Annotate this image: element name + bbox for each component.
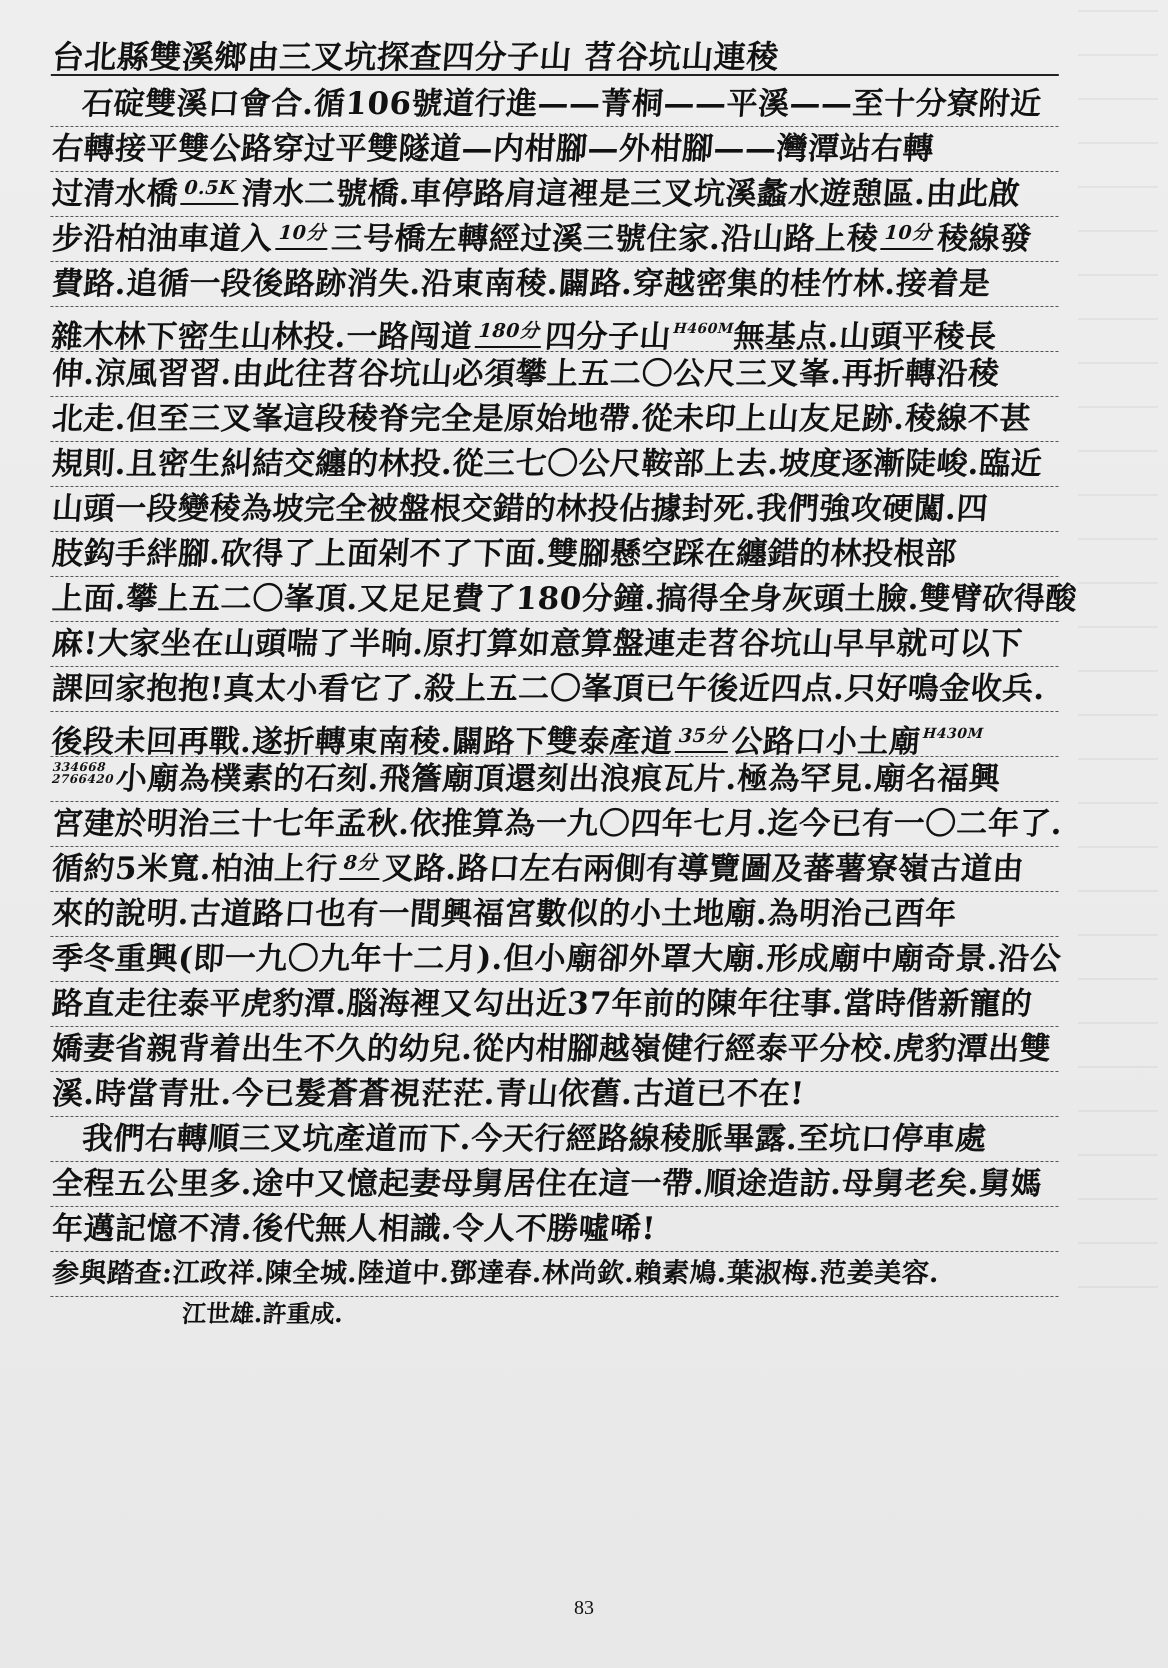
line-text: 全程五公里多.途中又憶起妻母舅居住在這一帶.順途造訪.母舅老矣.舅媽 (51, 1166, 1044, 1202)
time-annotation: 10分 (881, 218, 936, 250)
text-line: 季冬重興(即一九〇九年十二月).但小廟卻外罩大廟.形成廟中廟奇景.沿公 (50, 937, 1061, 982)
line-text: 叉路.路口左右兩側有導覽圖及蕃薯寮嶺古道由 (381, 851, 1025, 887)
text-line: 雜木林下密生山林投.一路闯道180分四分子山H460M無基点.山頭平稜長 (50, 307, 1061, 352)
text-line: 後段未回再戰.遂折轉東南稜.闢路下雙泰產道35分公路口小土廟H430M (50, 712, 1061, 757)
text-line: 北走.但至三叉峯這段稜脊完全是原始地帶.從未印上山友足跡.稜線不甚 (50, 397, 1061, 442)
coordinate-value: 2766420 (52, 773, 115, 785)
text-line: 課回家抱抱!真太小看它了.殺上五二〇峯頂已午後近四点.只好鳴金收兵. (50, 667, 1061, 712)
line-text: 四分子山 (544, 319, 673, 355)
participants-line: 参與踏查:江政祥.陳全城.陸道中.鄧達春.林尚欽.賴素鳩.葉淑梅.范姜美容. (50, 1252, 1061, 1297)
text-line: 3346682766420小廟為樸素的石刻.飛簷廟頂還刻出浪痕瓦片.極為罕見.廟… (50, 757, 1061, 802)
time-annotation: 0.5K (180, 173, 240, 205)
text-line: 費路.追循一段後路跡消失.沿東南稜.闢路.穿越密集的桂竹林.接着是 (50, 262, 1061, 307)
text-line: 步沿柏油車道入10分三号橋左轉經过溪三號住家.沿山路上稜10分稜線發 (50, 217, 1061, 262)
text-line: 溪.時當青壯.今已髮蒼蒼視茫茫.青山依舊.古道已不在! (50, 1072, 1061, 1117)
line-text: 後段未回再戰.遂折轉東南稜.闢路下雙泰產道 (50, 724, 674, 760)
line-text: 山頭一段變稜為坡完全被盤根交錯的林投佔據封死.我們強攻硬闖.四 (51, 491, 990, 527)
line-text: 小廟為樸素的石刻.飛簷廟頂還刻出浪痕瓦片.極為罕見.廟名福興 (115, 761, 1002, 797)
line-text: 肢鈎手絆腳.砍得了上面剁不了下面.雙腳懸空踩在纏錯的林投根部 (51, 536, 958, 572)
text-line: 嬌妻省親背着出生不久的幼兒.從内柑腳越嶺健行經泰平分校.虎豹潭出雙 (50, 1027, 1061, 1072)
scanned-page: 台北縣雙溪鄉由三叉坑探查四分子山 苕谷坑山連稜 石碇雙溪口會合.循106號道行進… (0, 0, 1168, 1668)
time-annotation: 180分 (475, 316, 544, 348)
text-line: 年邁記憶不清.後代無人相識.令人不勝噓唏! (50, 1207, 1061, 1252)
line-text: 北走.但至三叉峯這段稜脊完全是原始地帶.從未印上山友足跡.稜線不甚 (51, 401, 1032, 437)
time-annotation: 8分 (340, 848, 381, 880)
text-line: 肢鈎手絆腳.砍得了上面剁不了下面.雙腳懸空踩在纏錯的林投根部 (50, 532, 1061, 577)
line-text: 我們右轉順三叉坑產道而下.今天行經路線稜脈畢露.至坑口停車處 (81, 1121, 988, 1157)
text-line: 全程五公里多.途中又憶起妻母舅居住在這一帶.順途造訪.母舅老矣.舅媽 (50, 1162, 1061, 1207)
text-line: 路直走往泰平虎豹潭.腦海裡又勾出近37年前的陳年往事.當時偕新寵的 (50, 982, 1061, 1027)
line-text: 过清水橋 (51, 176, 180, 212)
text-line: 过清水橋0.5K清水二號橋.車停路肩這裡是三叉坑溪蠡水遊憩區.由此啟 (50, 172, 1061, 217)
line-text: 石碇雙溪口會合.循106號道行進——菁桐——平溪——至十分寮附近 (81, 86, 1043, 122)
text-line: 上面.攀上五二〇峯頂.又足足費了180分鐘.搞得全身灰頭土臉.雙臂砍得酸 (50, 577, 1061, 622)
line-text: 麻!大家坐在山頭喘了半晌.原打算如意算盤連走苕谷坑山早早就可以下 (51, 626, 1024, 662)
text-line: 右轉接平雙公路穿过平雙隧道—内柑腳—外柑腳——灣潭站右轉 (50, 127, 1061, 172)
line-text: 路直走往泰平虎豹潭.腦海裡又勾出近37年前的陳年往事.當時偕新寵的 (51, 986, 1034, 1022)
text-line: 來的說明.古道路口也有一間興福宮數似的小土地廟.為明治己酉年 (50, 892, 1061, 937)
altitude-annotation: H430M (923, 726, 985, 742)
line-text: 年邁記憶不清.後代無人相識.令人不勝噓唏! (51, 1211, 657, 1247)
line-text: 宮建於明治三十七年孟秋.依推算為一九〇四年七月.迄今已有一〇二年了. (51, 806, 1064, 842)
bleed-through-shadow (1078, 10, 1158, 1310)
text-line: 山頭一段變稜為坡完全被盤根交錯的林投佔據封死.我們強攻硬闖.四 (50, 487, 1061, 532)
line-text: 課回家抱抱!真太小看它了.殺上五二〇峯頂已午後近四点.只好鳴金收兵. (51, 671, 1047, 707)
altitude-annotation: H460M (673, 321, 735, 337)
document-title: 台北縣雙溪鄉由三叉坑探查四分子山 苕谷坑山連稜 (51, 40, 1062, 76)
line-text: 伸.涼風習習.由此往苕谷坑山必須攀上五二〇公尺三叉峯.再折轉沿稜 (51, 356, 1001, 392)
text-line: 伸.涼風習習.由此往苕谷坑山必須攀上五二〇公尺三叉峯.再折轉沿稜 (50, 352, 1061, 397)
line-text: 季冬重興(即一九〇九年十二月).但小廟卻外罩大廟.形成廟中廟奇景.沿公 (51, 941, 1063, 977)
line-text: 溪.時當青壯.今已髮蒼蒼視茫茫.青山依舊.古道已不在! (51, 1076, 806, 1112)
line-text: 費路.追循一段後路跡消失.沿東南稜.闢路.穿越密集的桂竹林.接着是 (51, 266, 992, 302)
line-text: 稜線發 (936, 221, 1033, 257)
text-line: 我們右轉順三叉坑產道而下.今天行經路線稜脈畢露.至坑口停車處 (50, 1117, 1061, 1162)
time-annotation: 10分 (275, 218, 330, 250)
text-line: 麻!大家坐在山頭喘了半晌.原打算如意算盤連走苕谷坑山早早就可以下 (50, 622, 1061, 667)
participants-continuation: 江世雄.許重成. (51, 1297, 1062, 1337)
line-text: 步沿柏油車道入 (51, 221, 274, 257)
line-text: 循約5米寬.柏油上行 (51, 851, 339, 887)
line-text: 規則.且密生糾結交纏的林投.從三七〇公尺鞍部上去.坡度逐漸陡峻.臨近 (51, 446, 1044, 482)
line-text: 三号橋左轉經过溪三號住家.沿山路上稜 (330, 221, 879, 257)
text-line: 規則.且密生糾結交纏的林投.從三七〇公尺鞍部上去.坡度逐漸陡峻.臨近 (50, 442, 1061, 487)
line-text: 上面.攀上五二〇峯頂.又足足費了180分鐘.搞得全身灰頭土臉.雙臂砍得酸 (51, 581, 1078, 617)
coordinates-annotation: 3346682766420 (52, 761, 116, 785)
line-text: 右轉接平雙公路穿过平雙隧道—内柑腳—外柑腳——灣潭站右轉 (51, 131, 936, 167)
line-text: 無基点.山頭平稜長 (732, 319, 998, 355)
line-text: 來的說明.古道路口也有一間興福宮數似的小土地廟.為明治己酉年 (51, 896, 958, 932)
text-line: 石碇雙溪口會合.循106號道行進——菁桐——平溪——至十分寮附近 (50, 82, 1061, 127)
text-line: 宮建於明治三十七年孟秋.依推算為一九〇四年七月.迄今已有一〇二年了. (50, 802, 1061, 847)
body-text: 石碇雙溪口會合.循106號道行進——菁桐——平溪——至十分寮附近右轉接平雙公路穿… (52, 82, 1060, 1252)
line-text: 公路口小土廟 (730, 724, 922, 760)
line-text: 雜木林下密生山林投.一路闯道 (50, 319, 473, 355)
time-annotation: 35分 (675, 721, 730, 753)
page-number: 83 (0, 1597, 1168, 1620)
line-text: 清水二號橋.車停路肩這裡是三叉坑溪蠡水遊憩區.由此啟 (240, 176, 1021, 212)
handwritten-sheet: 台北縣雙溪鄉由三叉坑探查四分子山 苕谷坑山連稜 石碇雙溪口會合.循106號道行進… (52, 40, 1060, 1337)
line-text: 嬌妻省親背着出生不久的幼兒.從内柑腳越嶺健行經泰平分校.虎豹潭出雙 (51, 1031, 1053, 1067)
text-line: 循約5米寬.柏油上行8分叉路.路口左右兩側有導覽圖及蕃薯寮嶺古道由 (50, 847, 1061, 892)
